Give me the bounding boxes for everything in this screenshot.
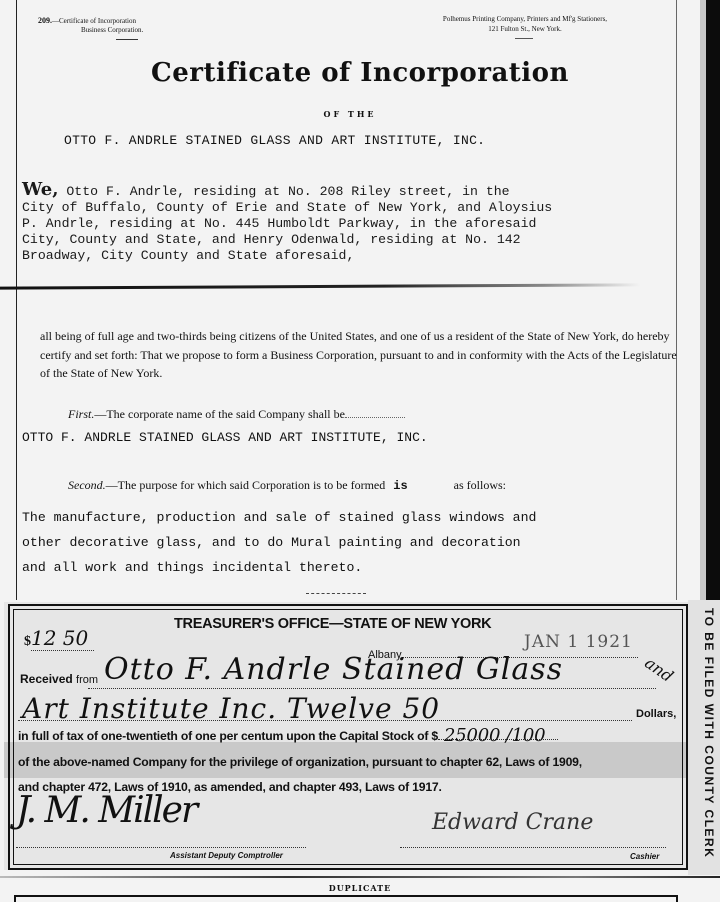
of-the-label: OF THE (0, 109, 700, 119)
incorporators-line-2: City of Buffalo, County of Erie and Stat… (22, 200, 552, 215)
document-title: Certificate of Incorporation (0, 58, 720, 88)
first-text: —The corporate name of the said Company … (94, 407, 345, 421)
corporate-name-value: OTTO F. ANDRLE STAINED GLASS AND ART INS… (22, 430, 428, 445)
received-from-label: Received from (20, 672, 98, 686)
form-number: 209. (38, 16, 52, 25)
incorporators-line-4: City, County and State, and Henry Odenwa… (22, 232, 521, 247)
printer-line2: 121 Fulton St., New York. (400, 24, 650, 34)
received-dotted-line-1 (88, 688, 656, 689)
form-number-rule (116, 39, 138, 40)
dollars-label: Dollars, (636, 708, 676, 720)
printer-imprint: Polhemus Printing Company, Printers and … (400, 14, 650, 34)
corporation-heading: OTTO F. ANDRLE STAINED GLASS AND ART INS… (64, 133, 485, 148)
incorporators-line-5: Broadway, City County and State aforesai… (22, 248, 354, 263)
we-initial: We, (22, 179, 58, 200)
second-clause: Second.—The purpose for which said Corpo… (68, 478, 506, 493)
form-title-line2: Business Corporation. (38, 26, 143, 35)
form-number-block: 209.—Certificate of Incorporation Busine… (38, 16, 143, 35)
comptroller-signature-line (16, 847, 306, 848)
side-notice: TO BE FILED WITH COUNTY CLERK (692, 608, 716, 868)
second-is: is (393, 479, 407, 493)
incorporators-paragraph: We, Otto F. Andrle, residing at No. 208 … (22, 182, 662, 264)
received-from-handwritten-1: Otto F. Andrle Stained Glass (104, 652, 563, 687)
duplicate-frame (14, 895, 678, 902)
left-margin-rule (16, 0, 17, 600)
capital-stock-field: 25000 /100 (438, 739, 558, 740)
preamble-paragraph: all being of full age and two-thirds bei… (40, 327, 680, 383)
comptroller-title: Assistant Deputy Comptroller (170, 851, 283, 860)
cashier-title: Cashier (630, 852, 659, 861)
page-fold-line (0, 283, 640, 289)
printer-rule (515, 38, 533, 39)
comptroller-signature: J. M. Miller (16, 790, 196, 831)
second-text-after: as follows: (454, 478, 506, 492)
first-label: First. (68, 407, 94, 421)
capital-stock-handwritten: 25000 /100 (444, 725, 545, 746)
received-dotted-line-2 (18, 720, 632, 721)
certificate-page: 209.—Certificate of Incorporation Busine… (0, 0, 720, 902)
right-margin-rule (676, 0, 677, 600)
receipt-office-title: TREASURER'S OFFICE—STATE OF NEW YORK (174, 616, 491, 632)
second-label: Second. (68, 478, 106, 492)
purpose-line-3: and all work and things incidental there… (22, 560, 362, 575)
form-title-line1: —Certificate of Incorporation (52, 17, 136, 25)
first-dotted-line (345, 417, 405, 418)
section-end-rule (306, 593, 366, 594)
cashier-signature-line (400, 847, 666, 848)
duplicate-label: DUPLICATE (0, 883, 720, 893)
tax-line: in full of tax of one-twentieth of one p… (18, 729, 558, 743)
amount-handwritten: 12 50 (31, 626, 94, 651)
printer-line1: Polhemus Printing Company, Printers and … (400, 14, 650, 24)
incorporators-line-3: P. Andrle, residing at No. 445 Humboldt … (22, 216, 536, 231)
privilege-line: of the above-named Company for the privi… (18, 755, 582, 769)
cashier-signature: Edward Crane (432, 810, 593, 835)
purpose-line-2: other decorative glass, and to do Mural … (22, 535, 521, 550)
dollar-sign: $ (24, 634, 31, 649)
first-clause: First.—The corporate name of the said Co… (68, 407, 405, 422)
incorporators-line-1: Otto F. Andrle, residing at No. 208 Rile… (58, 184, 509, 199)
treasurer-receipt: $12 50 TREASURER'S OFFICE—STATE OF NEW Y… (4, 602, 688, 870)
bottom-edge-rule (0, 876, 720, 878)
purpose-line-1: The manufacture, production and sale of … (22, 510, 536, 525)
receipt-amount: $12 50 (24, 626, 94, 650)
purpose-paragraph: The manufacture, production and sale of … (22, 505, 536, 580)
second-text: —The purpose for which said Corporation … (106, 478, 386, 492)
page-right-edge (700, 0, 720, 600)
